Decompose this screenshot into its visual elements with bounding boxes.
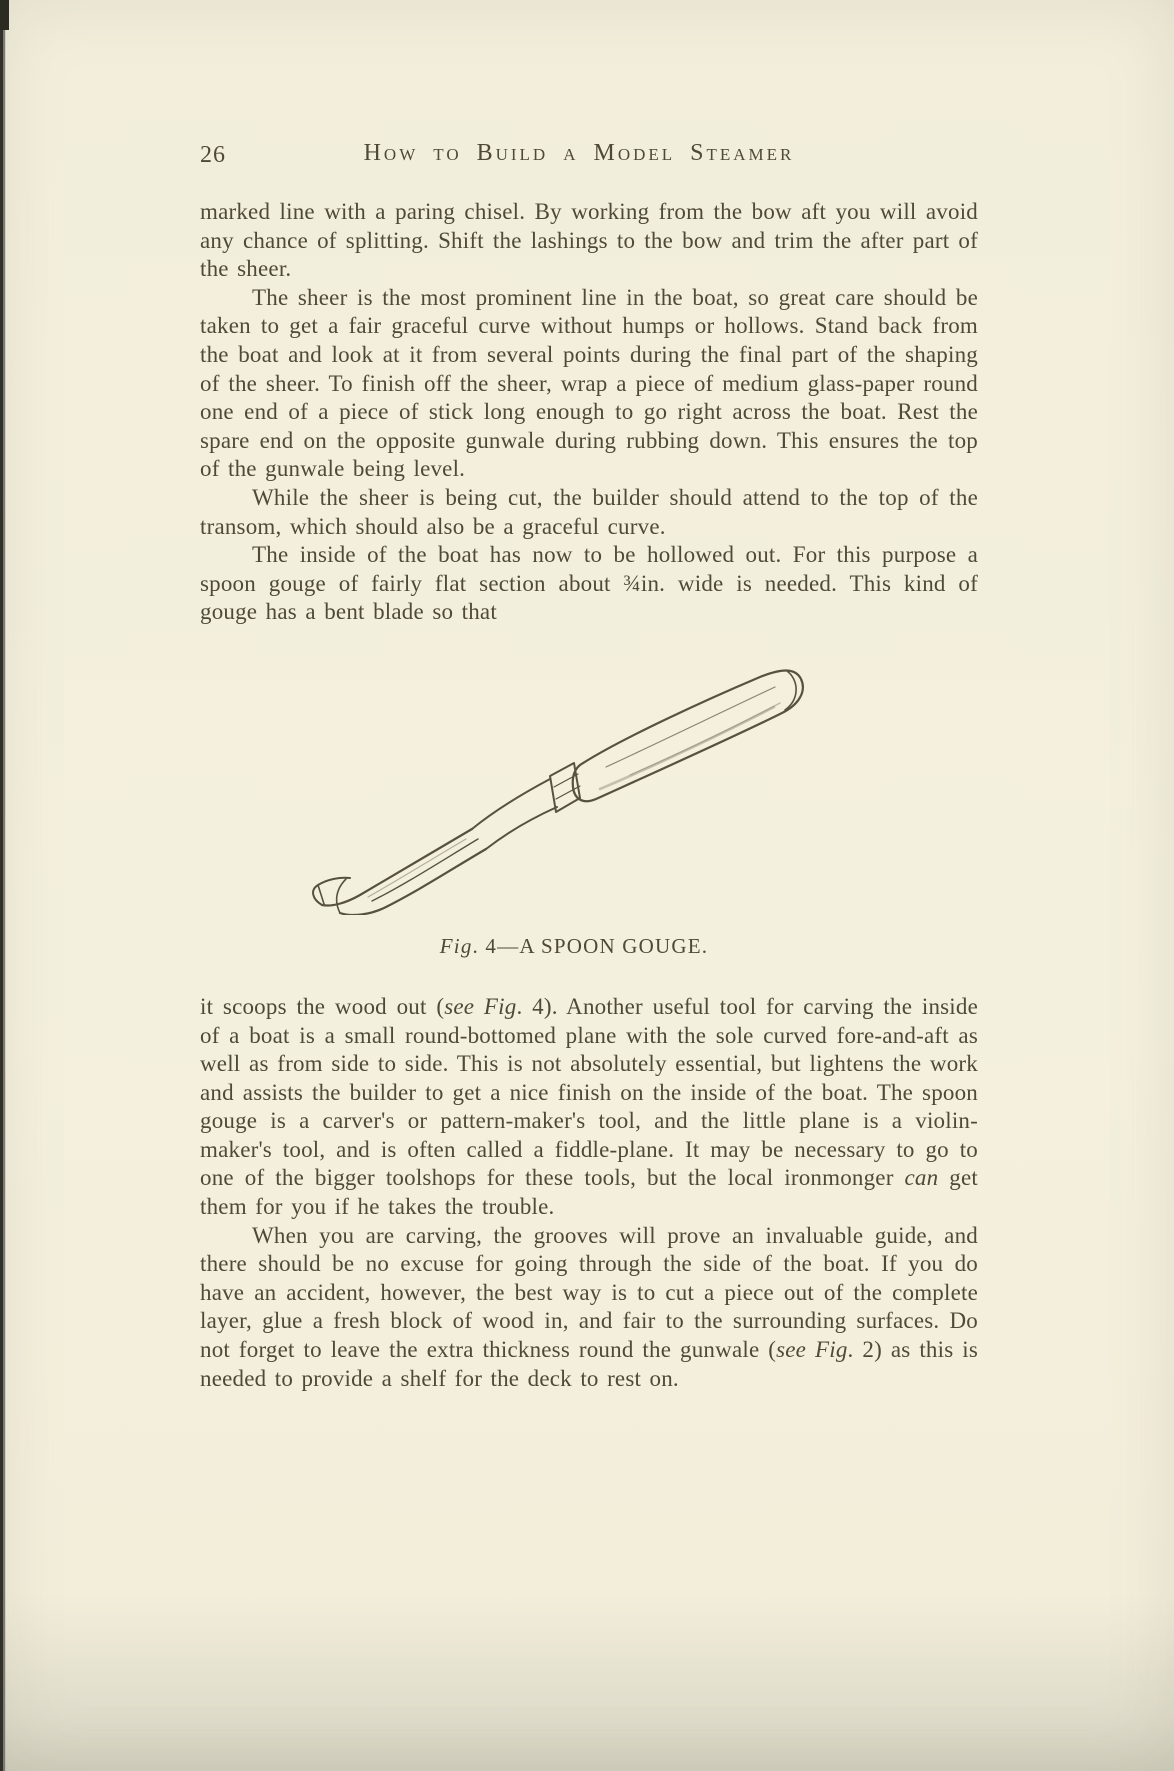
page-content: 26 How to Build a Model Steamer marked l… (200, 140, 978, 1393)
gouge-tip (313, 878, 350, 905)
scan-edge-left (0, 0, 6, 1771)
paragraph: While the sheer is being cut, the builde… (200, 484, 978, 541)
paragraph: The inside of the boat has now to be hol… (200, 541, 978, 627)
gouge-handle-shading-2 (630, 703, 780, 775)
body-text-lower: it scoops the wood out (see Fig. 4). Ano… (200, 993, 978, 1393)
scanned-book-page: 26 How to Build a Model Steamer marked l… (0, 0, 1174, 1771)
italic-text-run: see Fig (776, 1337, 847, 1362)
scan-corner-artifact (0, 0, 9, 30)
gouge-neck-upper (472, 779, 550, 829)
page-number: 26 (200, 142, 226, 169)
page-header: 26 How to Build a Model Steamer (200, 140, 978, 174)
figure-block: Fig. 4—A SPOON GOUGE. (200, 647, 978, 959)
italic-text-run: Fig (440, 934, 473, 958)
text-run: While the sheer is being cut, the builde… (200, 485, 978, 539)
gouge-blade-groove (372, 839, 478, 901)
paragraph: When you are carving, the grooves will p… (200, 1222, 978, 1394)
gouge-neck-lower (486, 807, 557, 849)
gouge-ferrule (550, 763, 580, 812)
gouge-blade-inner (340, 849, 486, 915)
paragraph: it scoops the wood out (see Fig. 4). Ano… (200, 993, 978, 1222)
text-run: The inside of the boat has now to be hol… (200, 542, 978, 624)
paragraph: marked line with a paring chisel. By wor… (200, 198, 978, 284)
body-text-upper: marked line with a paring chisel. By wor… (200, 198, 978, 627)
italic-text-run: see Fig (444, 994, 516, 1019)
text-run: marked line with a paring chisel. By wor… (200, 199, 978, 281)
text-run: The sheer is the most prominent line in … (200, 285, 978, 482)
running-head-title: How to Build a Model Steamer (200, 140, 978, 167)
paragraph: The sheer is the most prominent line in … (200, 284, 978, 484)
italic-text-run: can (905, 1165, 939, 1190)
gouge-tip-face (318, 879, 346, 913)
spoon-gouge-illustration (288, 647, 808, 915)
text-run: . 4—A SPOON GOUGE. (473, 934, 709, 958)
text-run: it scoops the wood out ( (200, 994, 444, 1019)
gouge-blade-outer (322, 829, 472, 906)
figure-caption: Fig. 4—A SPOON GOUGE. (200, 934, 978, 959)
text-run: . 4). Another useful tool for carving th… (200, 994, 978, 1191)
gouge-blade-shading (368, 839, 466, 897)
